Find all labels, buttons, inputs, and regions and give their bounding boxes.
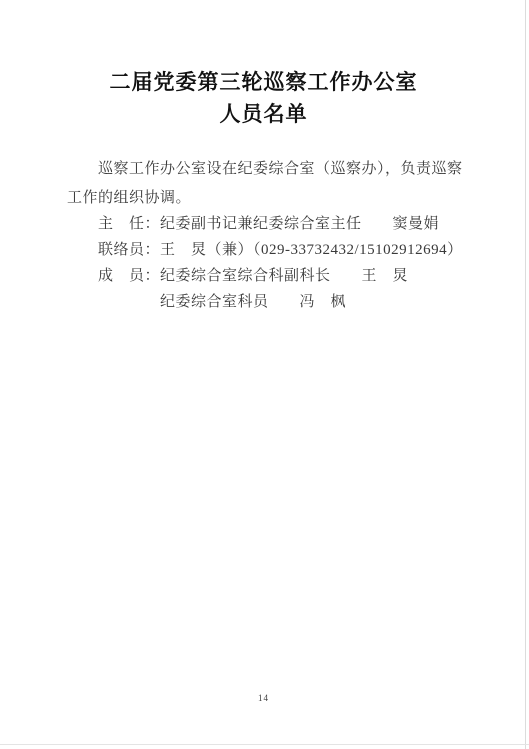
roster-director-line: 主 任：纪委副书记兼纪委综合室主任 窦曼娟 xyxy=(98,215,439,233)
title-line-2: 人员名单 xyxy=(0,98,527,130)
roster-member-line-1: 成 员：纪委综合室综合科副科长 王 炅 xyxy=(98,267,408,285)
intro-paragraph-line-2: 工作的组织协调。 xyxy=(67,189,191,207)
roster-member-line-2: 纪委综合室科员 冯 枫 xyxy=(160,293,346,311)
roster-liaison-line: 联络员：王 炅（兼）（029-33732432/15102912694） xyxy=(98,241,463,259)
page-number: 14 xyxy=(0,693,527,703)
title-line-1: 二届党委第三轮巡察工作办公室 xyxy=(0,66,527,98)
intro-paragraph-line-1: 巡察工作办公室设在纪委综合室（巡察办），负责巡察 xyxy=(98,160,463,178)
page-edge-bottom xyxy=(0,744,529,745)
document-title: 二届党委第三轮巡察工作办公室 人员名单 xyxy=(0,66,527,130)
page-edge-right xyxy=(525,0,526,749)
document-page: 二届党委第三轮巡察工作办公室 人员名单 巡察工作办公室设在纪委综合室（巡察办），… xyxy=(0,0,529,749)
